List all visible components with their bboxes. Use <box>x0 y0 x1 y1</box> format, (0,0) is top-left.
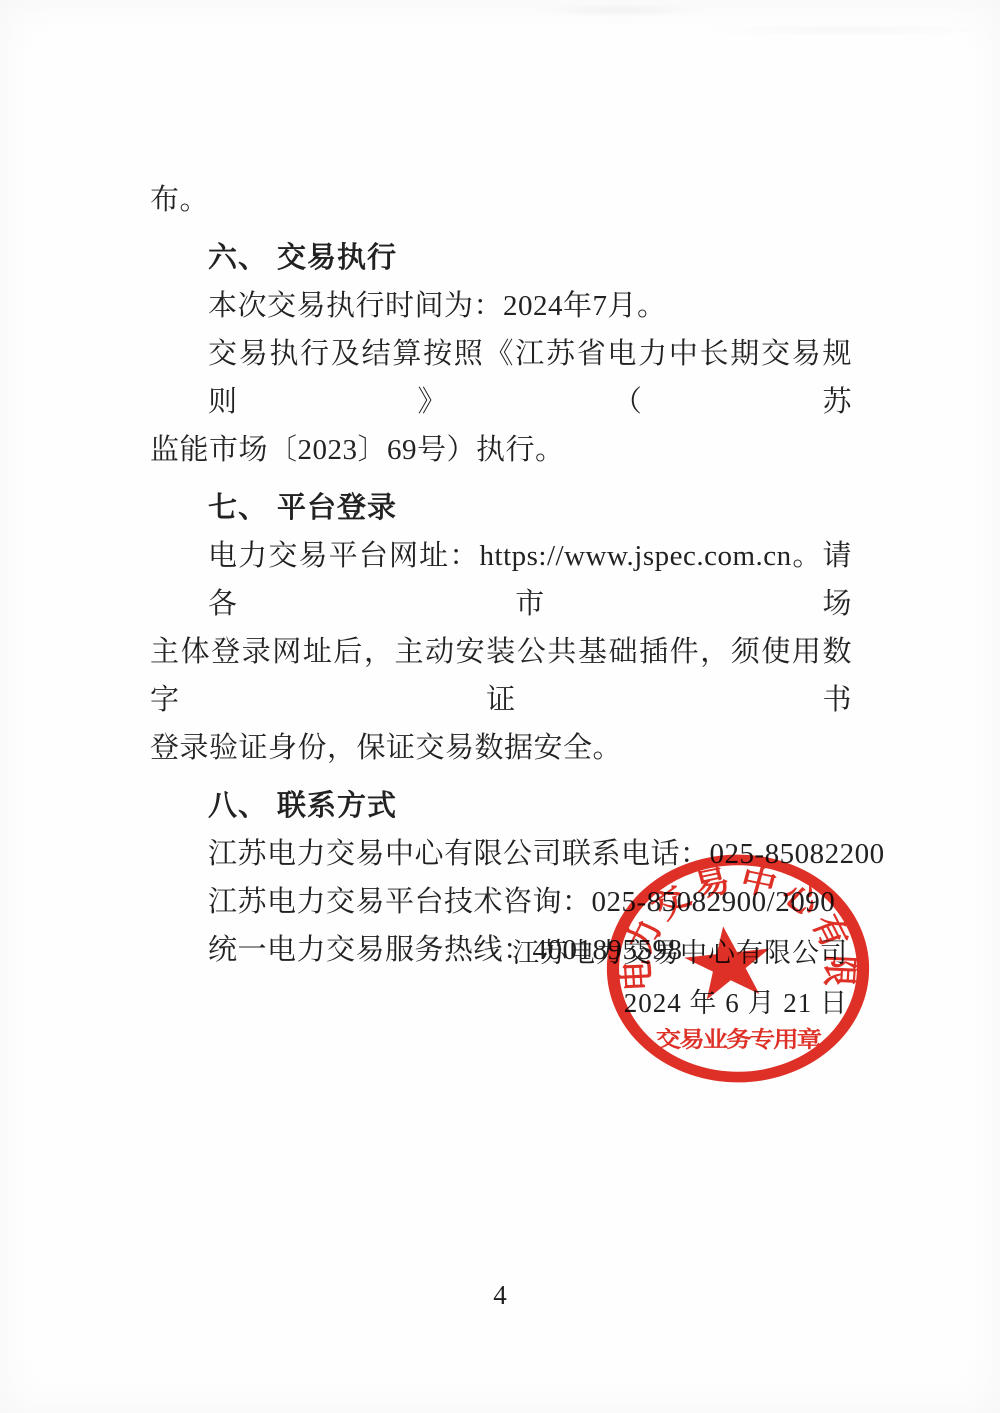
paragraph-line: 监能市场〔2023〕69号）执行。 <box>150 426 852 474</box>
section-heading-six: 六、 交易执行 <box>150 234 852 282</box>
seal-bottom-text: 交易业务专用章 <box>656 1026 823 1052</box>
paragraph-line: 电力交易平台网址：https://www.jspec.com.cn。请各市场 <box>150 532 852 628</box>
document-page: 布。 六、 交易执行 本次交易执行时间为：2024年7月。 交易执行及结算按照《… <box>0 0 1000 1413</box>
paragraph-line: 布。 <box>150 176 852 224</box>
seal-star-icon <box>680 922 775 1002</box>
company-seal: 江苏电力交易中心有限公司 交易业务专用章 <box>597 846 879 1091</box>
paragraph-line: 登录验证身份，保证交易数据安全。 <box>150 724 852 772</box>
section-heading-seven: 七、 平台登录 <box>150 484 852 532</box>
paragraph-line: 主体登录网址后，主动安装公共基础插件，须使用数字证书 <box>150 628 852 724</box>
section-heading-eight: 八、 联系方式 <box>150 782 852 830</box>
page-number: 4 <box>0 1280 1000 1311</box>
paragraph-line: 交易执行及结算按照《江苏省电力中长期交易规则》（苏 <box>150 330 852 426</box>
paragraph-line: 本次交易执行时间为：2024年7月。 <box>150 282 852 330</box>
